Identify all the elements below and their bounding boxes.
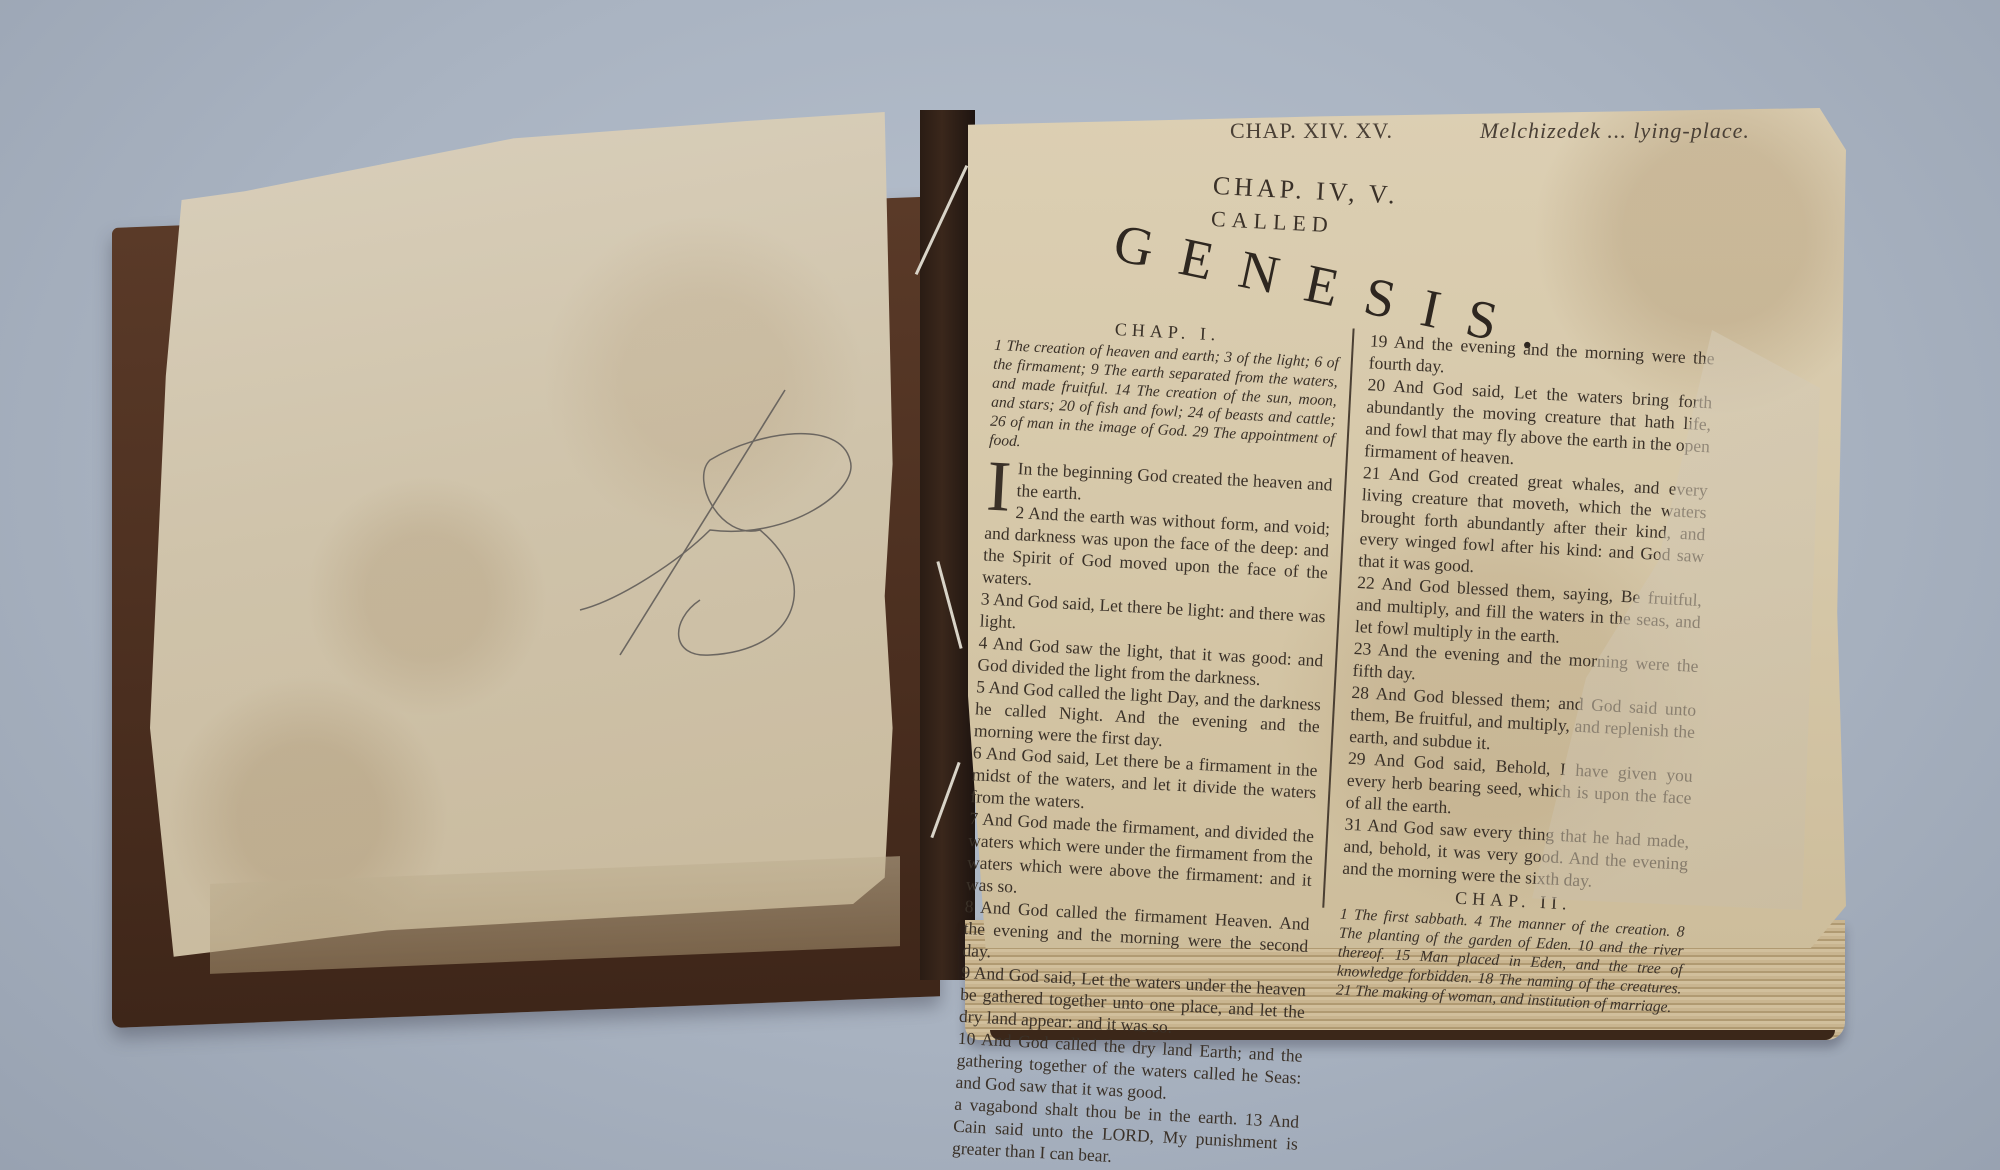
photo-scene: CHAP. XIV. XV. Melchizedek ... lying-pla… (0, 0, 2000, 1170)
chapter-two-summary: 1 The first sabbath. 4 The manner of the… (1335, 905, 1684, 1018)
pencil-b-marking-icon (560, 380, 860, 660)
chapter-one-summary: 1 The creation of heaven and earth; 3 of… (989, 336, 1339, 468)
running-head-right: Melchizedek ... lying-place. (1480, 118, 1750, 144)
running-head-left: CHAP. XIV. XV. (1230, 118, 1393, 144)
chapter-header: CHAP. IV, V. (1212, 171, 1399, 211)
drop-cap: I (985, 456, 1012, 517)
book-spine (920, 110, 975, 980)
left-text-column: CHAP. I. 1 The creation of heaven and ea… (952, 310, 1341, 1170)
running-head: CHAP. XIV. XV. Melchizedek ... lying-pla… (1100, 118, 1800, 148)
